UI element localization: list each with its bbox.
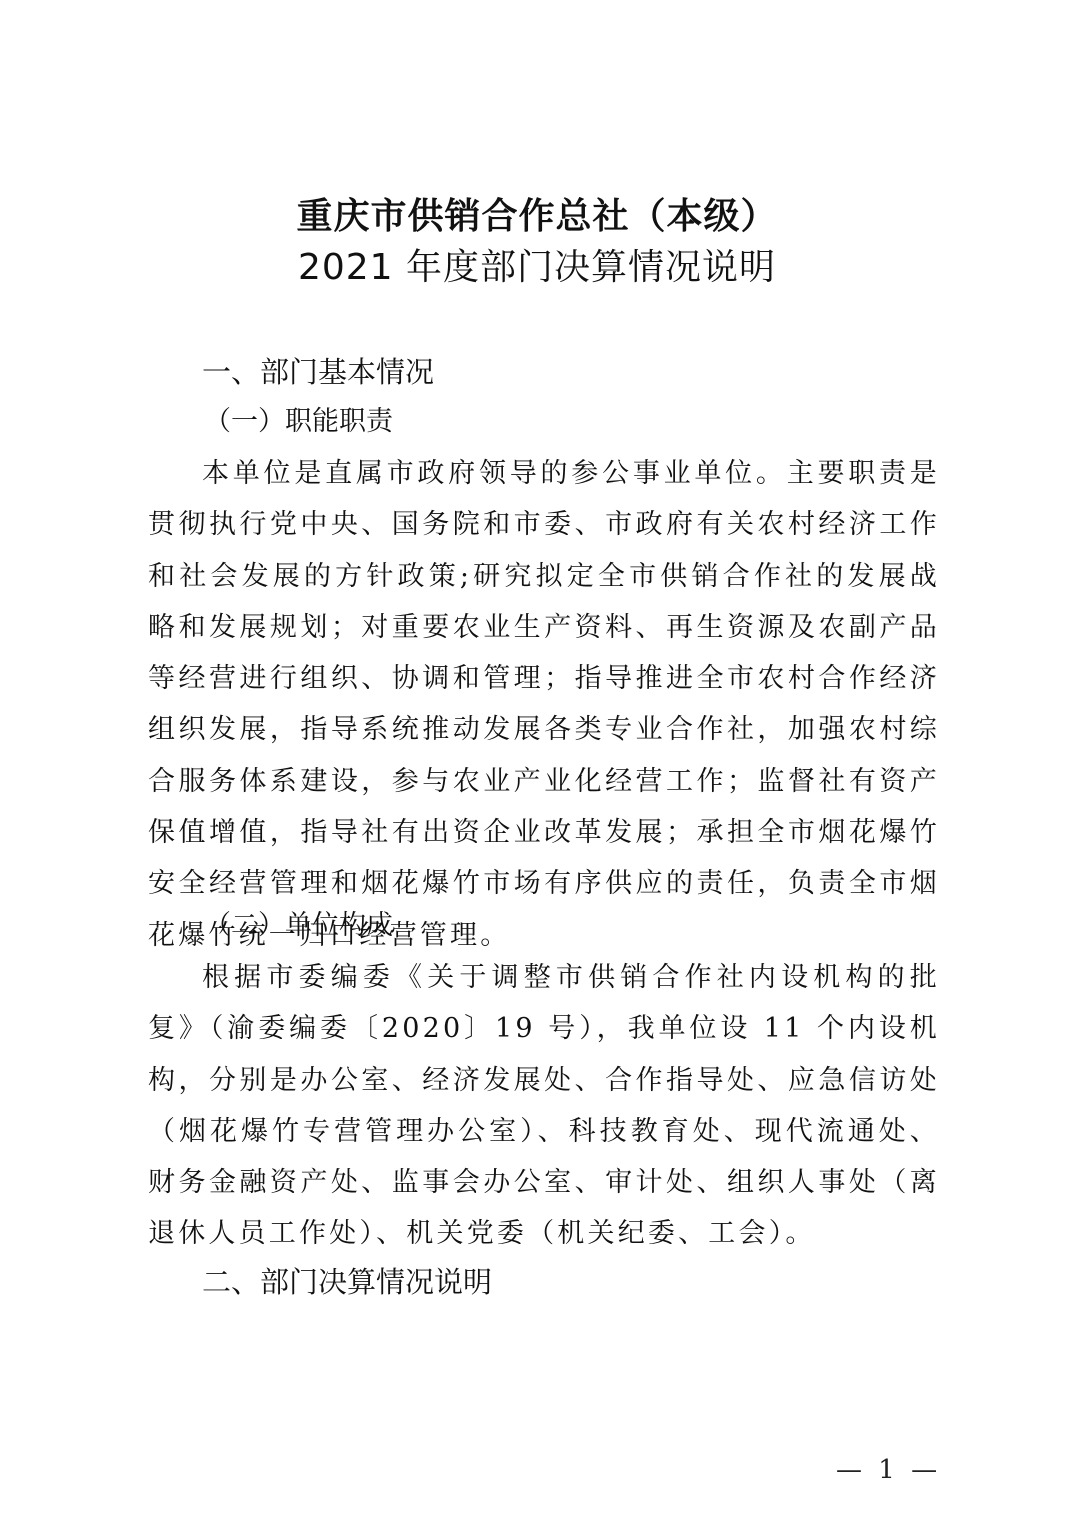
section2-heading: 二、部门决算情况说明 <box>202 1262 492 1302</box>
section1-sub2-paragraph: 根据市委编委《关于调整市供销合作社内设机构的批复》（渝委编委〔2020〕19 号… <box>148 952 940 1260</box>
document-page: 重庆市供销合作总社（本级） 2021 年度部门决算情况说明 一、部门基本情况 （… <box>0 0 1074 1520</box>
section1-sub1-paragraph: 本单位是直属市政府领导的参公事业单位。主要职责是贯彻执行党中央、国务院和市委、市… <box>148 448 940 961</box>
page-number: — 1 — <box>836 1455 941 1485</box>
document-title-line2: 2021 年度部门决算情况说明 <box>0 244 1074 292</box>
section1-sub2-heading: （二）单位构成 <box>204 906 393 946</box>
document-title-line1: 重庆市供销合作总社（本级） <box>0 192 1074 240</box>
section1-heading: 一、部门基本情况 <box>202 352 434 392</box>
section1-sub1-heading: （一）职能职责 <box>204 402 393 442</box>
